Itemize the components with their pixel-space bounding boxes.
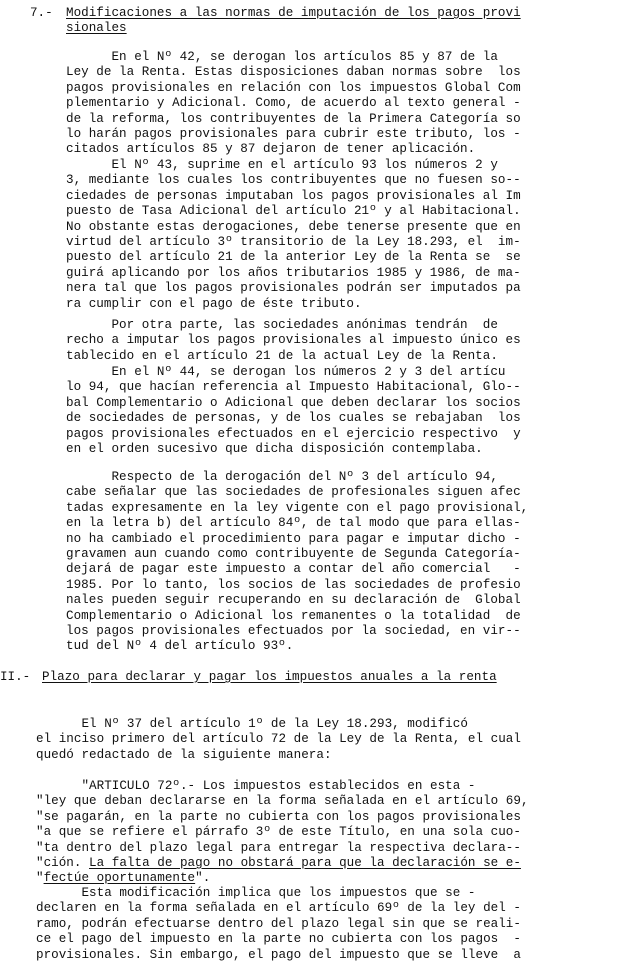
quote-line-7-prefix: " — [36, 871, 44, 885]
paragraph-2-line: puesto del artículo 21 de la anterior Le… — [66, 250, 521, 265]
quote-line-6-plain: "ción. — [36, 856, 89, 870]
paragraph-2-line: guirá aplicando por los años tributarios… — [66, 266, 521, 281]
paragraph-5-line: Respecto de la derogación del Nº 3 del a… — [66, 470, 498, 485]
paragraph-2-line: nera tal que los pagos provisionales pod… — [66, 281, 521, 296]
paragraph-1-line: lo harán pagos provisionales para cubrir… — [66, 127, 521, 142]
paragraph-3-line: recho a imputar los pagos provisionales … — [66, 333, 521, 348]
closing-line: Esta modificación implica que los impues… — [36, 886, 476, 901]
paragraph-2-line: puesto de Tasa Adicional del artículo 21… — [66, 204, 521, 219]
section-7-heading-line-1: Modificaciones a las normas de imputació… — [66, 6, 521, 21]
paragraph-5-line: no ha cambiado el procedimiento para pag… — [66, 532, 521, 547]
paragraph-5-line: Complementario o Adicional los remanente… — [66, 609, 521, 624]
paragraph-5-line: en la letra b) del artículo 84º, de tal … — [66, 516, 521, 531]
paragraph-5-line: nales pueden seguir recuperando en su de… — [66, 593, 521, 608]
paragraph-2-line: El Nº 43, suprime en el artículo 93 los … — [66, 158, 498, 173]
paragraph-3-line: tablecido en el artículo 21 de la actual… — [66, 349, 498, 364]
quote-line: "a que se refiere el párrafo 3º de este … — [36, 825, 521, 840]
paragraph-1-line: En el Nº 42, se derogan los artículos 85… — [66, 50, 498, 65]
paragraph-3-line: Por otra parte, las sociedades anónimas … — [66, 318, 498, 333]
quote-underlined-text: La falta de pago no obstará para que la … — [89, 856, 521, 870]
paragraph-2-line: virtud del artículo 3º transitorio de la… — [66, 235, 521, 250]
paragraph-2-line: ciedades de personas imputaban los pagos… — [66, 189, 521, 204]
paragraph-4-line: en el orden sucesivo que dicha disposici… — [66, 442, 483, 457]
paragraph-1-line: pagos provisionales en relación con los … — [66, 81, 521, 96]
quote-line-6: "ción. La falta de pago no obstará para … — [36, 856, 521, 871]
paragraph-1-line: plementario y Adicional. Como, de acuerd… — [66, 96, 521, 111]
paragraph-5-line: tud del Nº 4 del artículo 93º. — [66, 639, 293, 654]
paragraph-4-line: de sociedades de personas, y de los cual… — [66, 411, 521, 426]
paragraph-5-line: cabe señalar que las sociedades de profe… — [66, 485, 521, 500]
quote-line: "ARTICULO 72º.- Los impuestos establecid… — [36, 779, 476, 794]
section-II-number: II.- — [0, 670, 30, 685]
quote-line: "ta dentro del plazo legal para entregar… — [36, 841, 521, 856]
paragraph-1-line: Ley de la Renta. Estas disposiciones dab… — [66, 65, 521, 80]
closing-line: declaren en la forma señalada en el artí… — [36, 901, 521, 916]
paragraph-5-line: dejará de pagar este impuesto a contar d… — [66, 562, 521, 577]
closing-line: provisionales. Sin embargo, el pago del … — [36, 948, 521, 963]
section-7-number: 7.- — [30, 6, 53, 21]
closing-line: ce el pago del impuesto en la parte no c… — [36, 932, 521, 947]
paragraph-2-line: 3, mediante los cuales los contribuyente… — [66, 173, 521, 188]
quote-line-7: "fectúe oportunamente". — [36, 871, 210, 886]
paragraph-4-line: lo 94, que hacían referencia al Impuesto… — [66, 380, 521, 395]
paragraph-1-line: de la reforma, los contribuyentes de la … — [66, 112, 521, 127]
intro-line: El Nº 37 del artículo 1º de la Ley 18.29… — [36, 717, 468, 732]
quote-line: "ley que deban declararse en la forma se… — [36, 794, 529, 809]
paragraph-5-line: gravamen aun cuando como contribuyente d… — [66, 547, 521, 562]
paragraph-5-line: los pagos provisionales efectuados por l… — [66, 624, 521, 639]
quote-line: "se pagarán, en la parte no cubierta con… — [36, 810, 521, 825]
paragraph-4-line: pagos provisionales efectuados en el eje… — [66, 427, 521, 442]
paragraph-5-line: 1985. Por lo tanto, los socios de las so… — [66, 578, 521, 593]
quote-underlined-text-2: fectúe oportunamente — [44, 871, 196, 885]
paragraph-2-line: ra cumplir con el pago de éste tributo. — [66, 297, 362, 312]
paragraph-1-line: citados artículos 85 y 87 dejaron de ten… — [66, 142, 475, 157]
section-7-heading-line-2: sionales — [66, 21, 127, 36]
closing-line: ramo, podrán efectuarse dentro del plazo… — [36, 917, 521, 932]
intro-line: quedó redactado de la siguiente manera: — [36, 748, 332, 763]
paragraph-4-line: En el Nº 44, se derogan los números 2 y … — [66, 365, 506, 380]
paragraph-5-line: tadas expresamente en la ley vigente con… — [66, 501, 528, 516]
quote-line-7-suffix: ". — [195, 871, 210, 885]
section-II-heading: Plazo para declarar y pagar los impuesto… — [42, 670, 497, 685]
paragraph-4-line: bal Complementario o Adicional que deben… — [66, 396, 521, 411]
paragraph-2-line: No obstante estas derogaciones, debe ten… — [66, 220, 521, 235]
intro-line: el inciso primero del artículo 72 de la … — [36, 732, 521, 747]
